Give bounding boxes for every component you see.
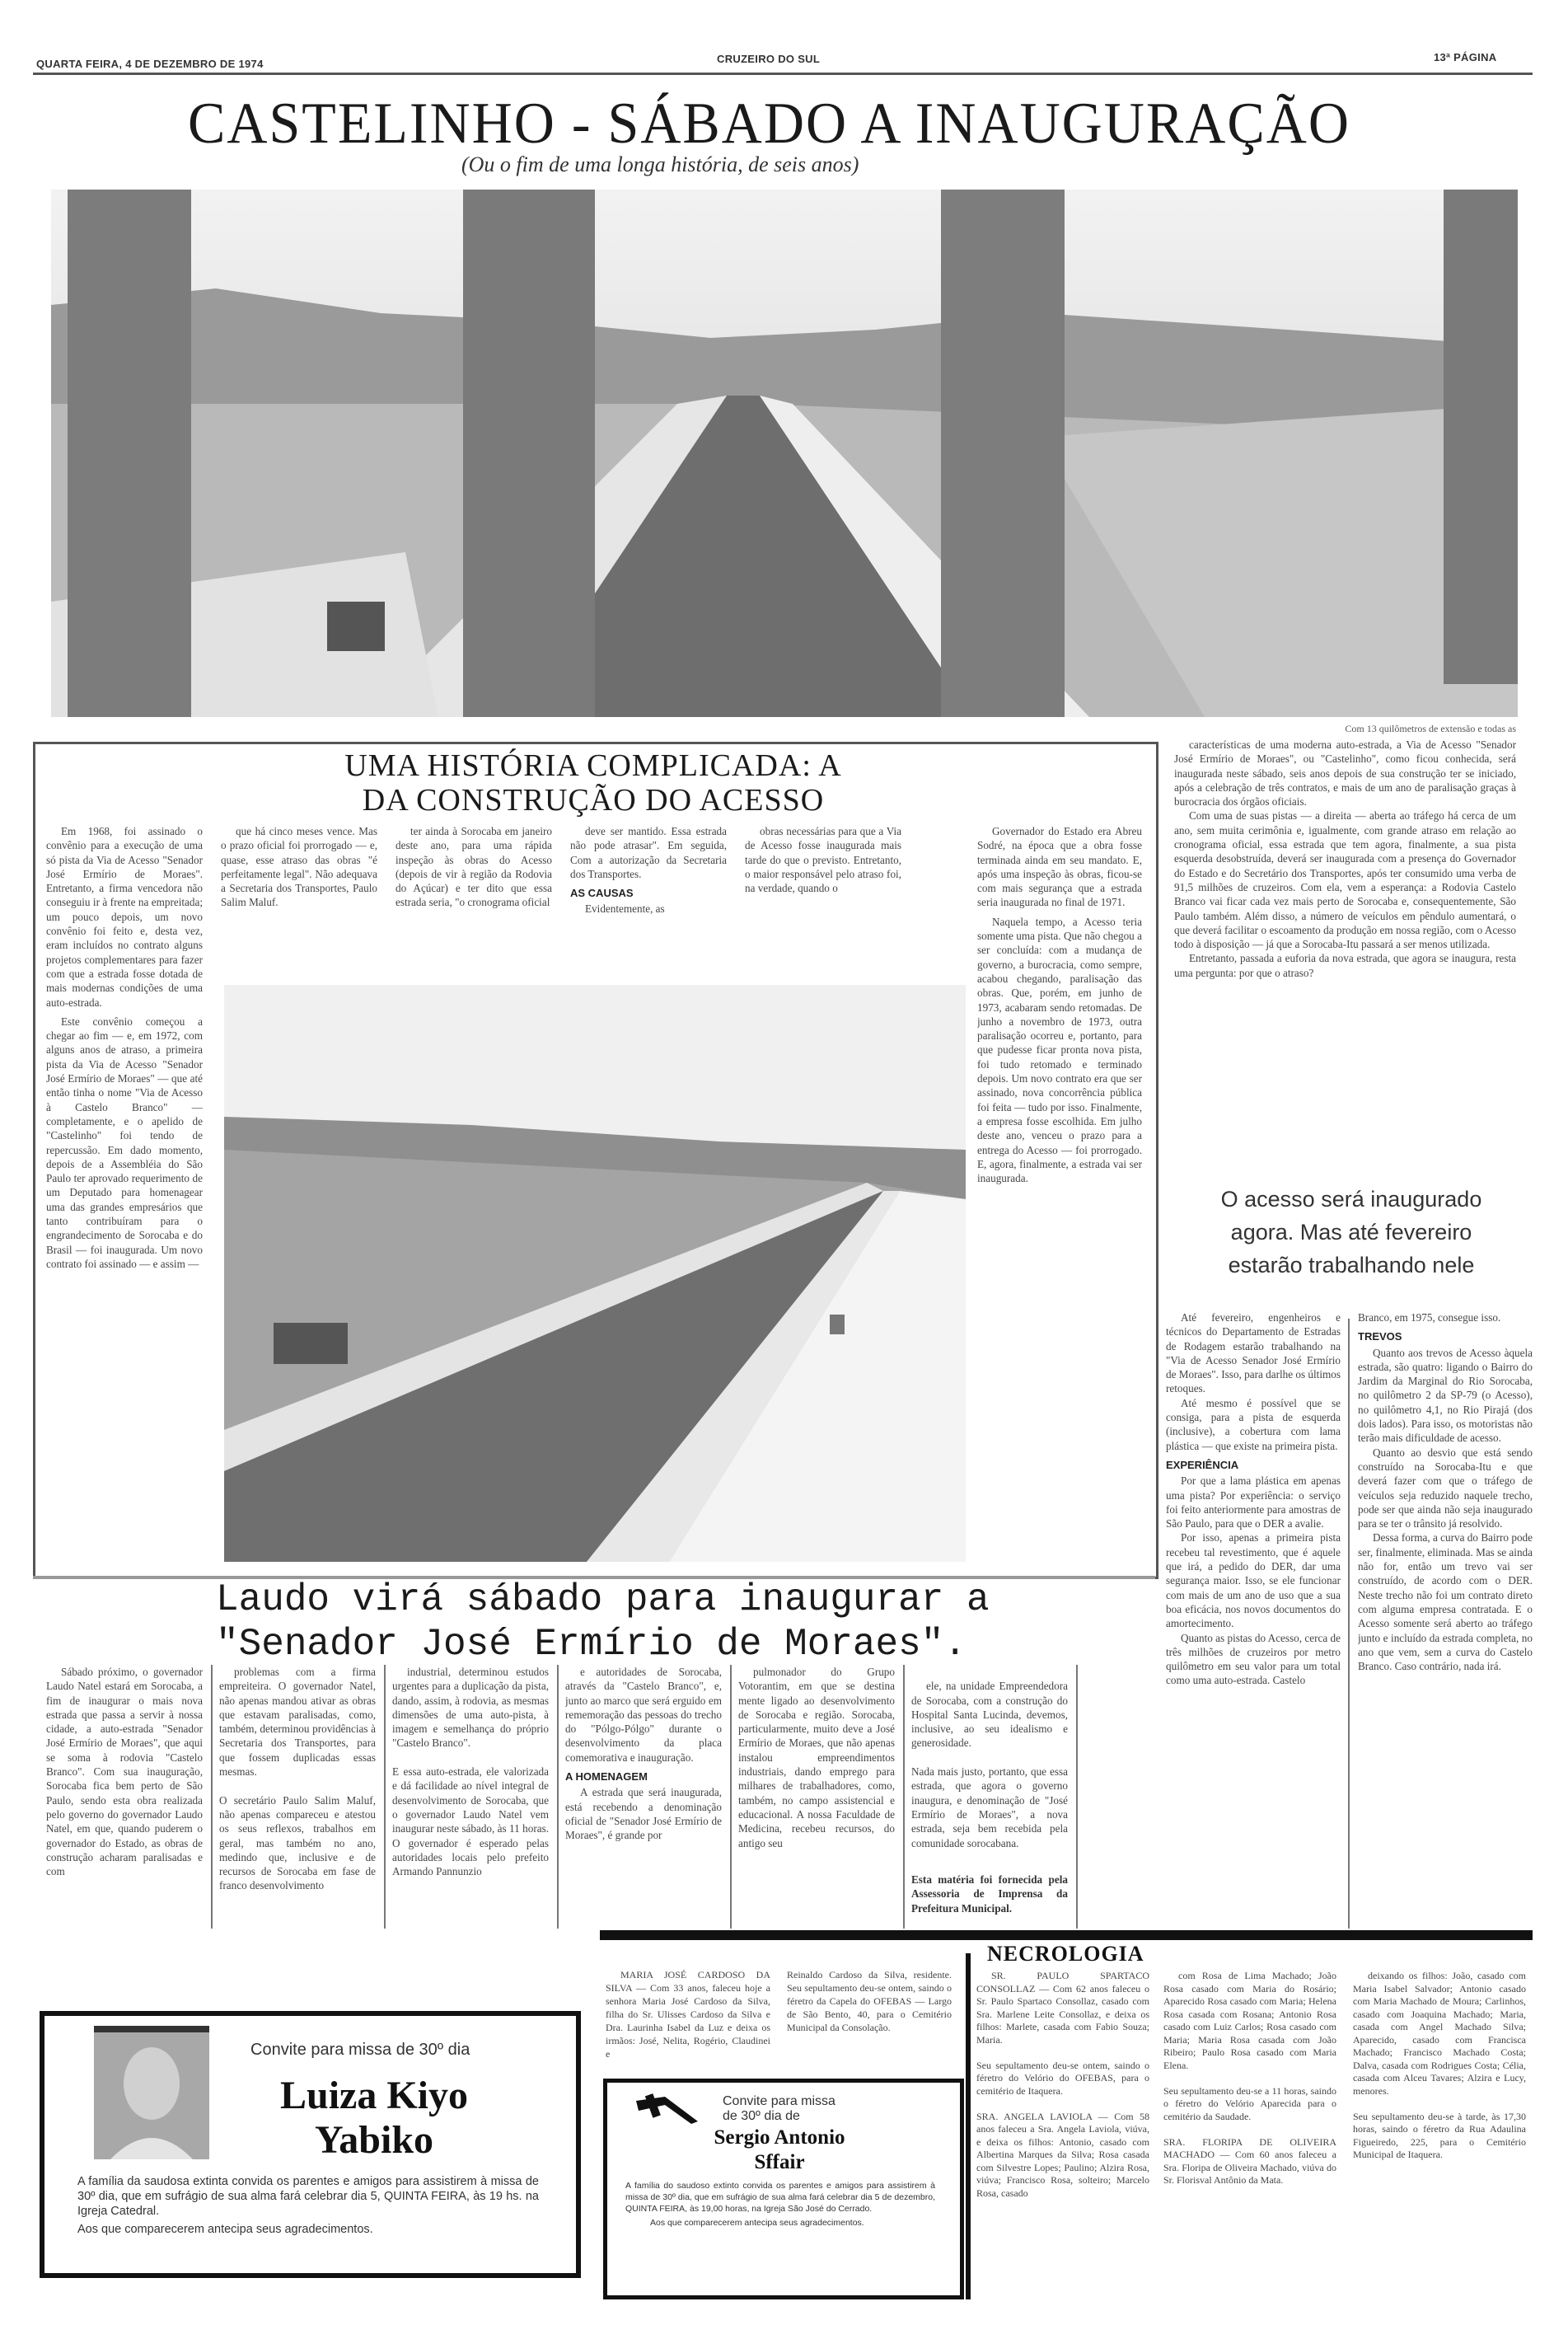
pull-quote-line2: agora. Mas até fevereiro <box>1174 1216 1528 1249</box>
laudo-headline-line1: Laudo virá sábado para inaugurar a <box>216 1577 990 1622</box>
history-column-4: deve ser mantido. Essa estrada não pode … <box>570 824 727 981</box>
obituary-maria-jose: MARIA JOSÉ CARDOSO DA SILVA — Com 33 ano… <box>606 1968 770 2075</box>
obit-name-line2: Yabiko <box>218 2118 531 2163</box>
cross-icon <box>632 2093 706 2126</box>
obituary-maria-jose-cont: Reinaldo Cardoso da Silva, residente. Se… <box>787 1968 952 2075</box>
history-column-1-continued: Este convênio começou a chegar ao fim — … <box>46 1015 203 1271</box>
laudo-column-3: industrial, determinou estudos urgentes … <box>392 1665 549 1929</box>
laudo-column-text: problemas com a firma empreiteira. O gov… <box>219 1665 376 1893</box>
laudo-column-5: pulmonador do Grupo Votorantim, em que s… <box>738 1665 895 1929</box>
laudo-column-text: Sábado próximo, o governador Laudo Natel… <box>46 1665 203 1878</box>
photo-image-icon <box>224 985 966 1562</box>
history-column-1-text: Em 1968, foi assinado o convênio para a … <box>46 824 203 1010</box>
obit-name-line1: Luiza Kiyo <box>218 2074 531 2118</box>
pull-story-column-a: Até fevereiro, engenheiros e técnicos do… <box>1166 1310 1341 1937</box>
obit-text: MARIA JOSÉ CARDOSO DA SILVA — Com 33 ano… <box>606 1968 770 2060</box>
history-column-6-text: Governador do Estado era Abreu Sodré, na… <box>977 824 1142 910</box>
necrology-text: SR. PAULO SPARTACO CONSOLLAZ — Com 62 an… <box>976 1970 1149 2200</box>
pull-story-paragraph: Por isso, apenas a primeira pista recebe… <box>1166 1530 1341 1630</box>
history-column-5-text: obras necessárias para que a Via de Aces… <box>745 824 901 895</box>
laudo-column-4: e autoridades de Sorocaba, através da "C… <box>565 1665 722 1929</box>
highway-overpass-photo <box>51 190 1518 717</box>
highway-photo <box>224 985 966 1562</box>
lead-paragraph-3: Entretanto, passada a euforia da nova es… <box>1174 951 1516 980</box>
lead-story-text: características de uma moderna auto-estr… <box>1174 738 1516 1166</box>
history-column-4-text: deve ser mantido. Essa estrada não pode … <box>570 824 727 881</box>
history-column-6: Governador do Estado era Abreu Sodré, na… <box>977 824 1142 1558</box>
obit-invite: Convite para missa de 30º dia <box>250 2041 470 2060</box>
obit-invite: Convite para missa de 30º dia de <box>723 2094 835 2124</box>
column-divider <box>730 1665 732 1929</box>
masthead-rule <box>33 73 1533 75</box>
laudo-headline: Laudo virá sábado para inaugurar a "Sena… <box>216 1577 990 1666</box>
necrology-divider <box>966 1953 971 2299</box>
obituary-luiza: Convite para missa de 30º dia Luiza Kiyo… <box>40 2011 581 2278</box>
obit-name-line1: Sergio Antonio <box>607 2126 952 2150</box>
necrology-text: deixando os filhos: João, casado com Mar… <box>1353 1970 1526 2162</box>
pull-story-paragraph: Quanto aos trevos de Acesso àquela estra… <box>1358 1346 1533 1446</box>
subhead-experience: EXPERIÊNCIA <box>1166 1458 1341 1472</box>
column-divider <box>1348 1319 1350 1929</box>
obit-text: A família do saudoso extinto convida os … <box>625 2180 935 2215</box>
column-divider <box>557 1665 559 1929</box>
pull-story-paragraph: Até fevereiro, engenheiros e técnicos do… <box>1166 1310 1341 1396</box>
pull-story-paragraph: Por que a lama plástica em apenas uma pi… <box>1166 1474 1341 1530</box>
portrait-photo <box>94 2026 209 2159</box>
lead-paragraph-1: características de uma moderna auto-estr… <box>1174 738 1516 809</box>
laudo-column-2: problemas com a firma empreiteira. O gov… <box>219 1665 376 1929</box>
portrait-icon <box>94 2026 209 2159</box>
photo-caption: Com 13 quilômetros de extensão e todas a… <box>1170 722 1516 735</box>
page-headline: CASTELINHO - SÁBADO A INAUGURAÇÃO <box>188 89 1350 157</box>
pull-story-column-b: Branco, em 1975, consegue isso. TREVOS Q… <box>1358 1310 1533 1937</box>
pull-story-paragraph: Branco, em 1975, consegue isso. <box>1358 1310 1533 1324</box>
pull-story-paragraph: Até mesmo é possível que se consiga, par… <box>1166 1396 1341 1453</box>
necrology-column-3: deixando os filhos: João, casado com Mar… <box>1353 1970 1526 2283</box>
masthead-date: QUARTA FEIRA, 4 DE DEZEMBRO DE 1974 <box>36 58 264 70</box>
obit-text: Reinaldo Cardoso da Silva, residente. Se… <box>787 1968 952 2034</box>
laudo-column-text: e autoridades de Sorocaba, através da "C… <box>565 1665 722 1765</box>
headline-deck: (Ou o fim de uma longa história, de seis… <box>461 152 859 177</box>
laudo-column-text: industrial, determinou estudos urgentes … <box>392 1665 549 1878</box>
history-column-2: que há cinco meses vence. Mas o prazo of… <box>221 824 377 981</box>
obit-thanks: Aos que comparecerem antecipa seus agrad… <box>625 2217 935 2229</box>
obit-name: Sergio Antonio Sffair <box>607 2126 952 2175</box>
laudo-column-1: Sábado próximo, o governador Laudo Natel… <box>46 1665 203 1929</box>
causes-text: Evidentemente, as <box>570 902 727 916</box>
credit-note: Esta matéria foi fornecida pela Assessor… <box>911 1873 1068 1915</box>
lead-paragraph-2: Com uma de suas pistas — a direita — abe… <box>1174 809 1516 951</box>
laudo-homage-text: A estrada que será inaugurada, está rece… <box>565 1785 722 1842</box>
history-headline-line1: UMA HISTÓRIA COMPLICADA: A <box>49 748 1137 783</box>
laudo-column-6: ele, na unidade Empreendedora de Sorocab… <box>911 1665 1068 1929</box>
pull-story-paragraph: Quanto as pistas do Acesso, cerca de trê… <box>1166 1631 1341 1688</box>
necrology-text: com Rosa de Lima Machado; João Rosa casa… <box>1163 1970 1336 2187</box>
pull-story-paragraph: Dessa forma, a curva do Bairro pode ser,… <box>1358 1530 1533 1673</box>
pull-quote: O acesso será inaugurado agora. Mas até … <box>1174 1183 1528 1282</box>
obit-name: Luiza Kiyo Yabiko <box>218 2074 531 2163</box>
column-divider <box>903 1665 905 1929</box>
history-column-5: obras necessárias para que a Via de Aces… <box>745 824 901 981</box>
obit-name-line2: Sffair <box>607 2150 952 2175</box>
column-divider <box>1076 1665 1078 1929</box>
subhead-trevos: TREVOS <box>1358 1329 1533 1343</box>
pull-quote-line3: estarão trabalhando nele <box>1174 1249 1528 1282</box>
history-headline-line2: DA CONSTRUÇÃO DO ACESSO <box>49 783 1137 818</box>
pull-story-paragraph: Quanto ao desvio que está sendo construí… <box>1358 1446 1533 1531</box>
obituary-sergio: Convite para missa de 30º dia de Sergio … <box>603 2079 964 2299</box>
column-divider <box>211 1665 213 1929</box>
subhead-homage: A HOMENAGEM <box>565 1769 722 1784</box>
obit-thanks: Aos que comparecerem antecipa seus agrad… <box>77 2222 539 2237</box>
laudo-column-text: pulmonador do Grupo Votorantim, em que s… <box>738 1665 895 1850</box>
history-column-3-text: ter ainda à Sorocaba em janeiro deste an… <box>396 824 552 910</box>
history-column-6-continued: Naquela tempo, a Acesso teria somente um… <box>977 915 1142 1186</box>
history-column-2-text: que há cinco meses vence. Mas o prazo of… <box>221 824 377 910</box>
pull-quote-line1: O acesso será inaugurado <box>1174 1183 1528 1216</box>
photo-image-icon <box>51 190 1518 717</box>
masthead-paper-name: CRUZEIRO DO SUL <box>717 53 820 65</box>
necrology-title: NECROLOGIA <box>987 1942 1144 1966</box>
masthead-page-number: 13ª PÁGINA <box>1434 51 1496 63</box>
obit-body: A família do saudoso extinto convida os … <box>625 2180 935 2229</box>
necrology-column-2: com Rosa de Lima Machado; João Rosa casa… <box>1163 1970 1336 2316</box>
obit-body: A família da saudosa extinta convida os … <box>77 2174 539 2237</box>
history-column-3: ter ainda à Sorocaba em janeiro deste an… <box>396 824 552 981</box>
history-column-1: Em 1968, foi assinado o convênio para a … <box>46 824 203 1558</box>
history-headline: UMA HISTÓRIA COMPLICADA: A DA CONSTRUÇÃO… <box>49 748 1137 818</box>
laudo-headline-line2: "Senador José Ermírio de Moraes". <box>216 1622 990 1666</box>
necrology-top-rule <box>600 1930 1533 1940</box>
subhead-causes: AS CAUSAS <box>570 886 727 900</box>
obit-invite-line2: de 30º dia de <box>723 2109 835 2124</box>
necrology-column-1: SR. PAULO SPARTACO CONSOLLAZ — Com 62 an… <box>976 1970 1149 2316</box>
obit-invite-line1: Convite para missa <box>723 2094 835 2109</box>
laudo-column-text: ele, na unidade Empreendedora de Sorocab… <box>911 1679 1068 1850</box>
obit-text: A família da saudosa extinta convida os … <box>77 2174 539 2219</box>
column-divider <box>384 1665 386 1929</box>
